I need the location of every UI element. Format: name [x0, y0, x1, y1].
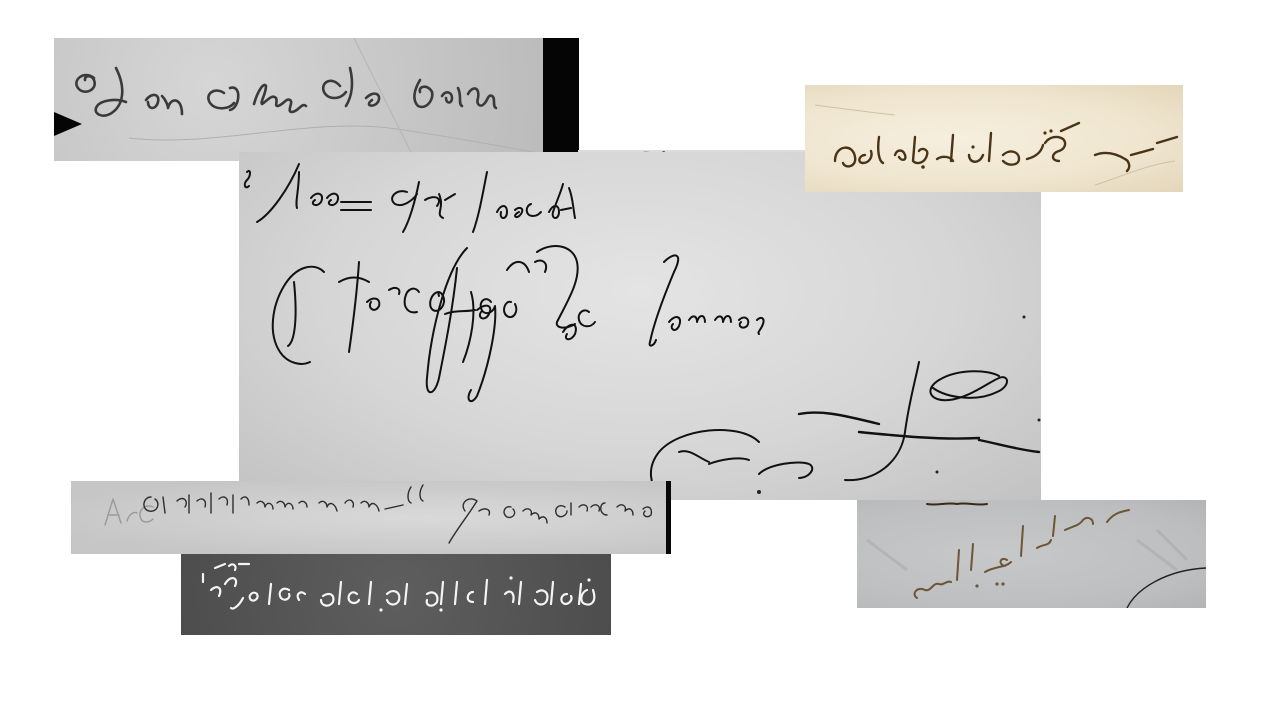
handwriting-strokes: [54, 38, 579, 161]
handwriting-strokes: [71, 481, 671, 554]
image-border-dark: [543, 38, 579, 161]
torn-corner-shape: [54, 112, 82, 136]
handwriting-strokes: [805, 85, 1183, 192]
transcription: Don Elias de Babilonia: [54, 38, 66, 39]
signature-image-archbishop-samos: fue= Pedro Joseph Arçobispo de Samos: [239, 152, 1041, 500]
handwriting-strokes: [857, 500, 1206, 608]
transcription: يوسف ابن ابو ادقن: [805, 85, 813, 86]
handwriting-strokes: [181, 554, 611, 635]
image-border-dark: [666, 481, 671, 554]
signature-image-armenian-levon: Arc Էհ հէհ հհ ամու Էւույ Fr Levon Simons…: [71, 481, 671, 554]
transcription-line-2: Arçobispo de Samos: [239, 152, 249, 153]
transcription-right: Fr Levon Simonsianes: [71, 481, 82, 482]
handwriting-strokes: [239, 152, 1041, 500]
transcription: بيد افقر العباد الى الله تعالى ابراهيم س…: [181, 554, 210, 555]
signature-image-don-elias: Don Elias de Babilonia: [54, 38, 579, 161]
signature-image-abdelmasih: عبد المسيح الياس: [857, 500, 1206, 608]
transcription: عبد المسيح الياس: [857, 500, 864, 501]
signature-image-yusuf-arabic: يوسف ابن ابو ادقن: [805, 85, 1183, 192]
inscription-image-arabic-dark: بيد افقر العباد الى الله تعالى ابراهيم س…: [181, 554, 611, 635]
